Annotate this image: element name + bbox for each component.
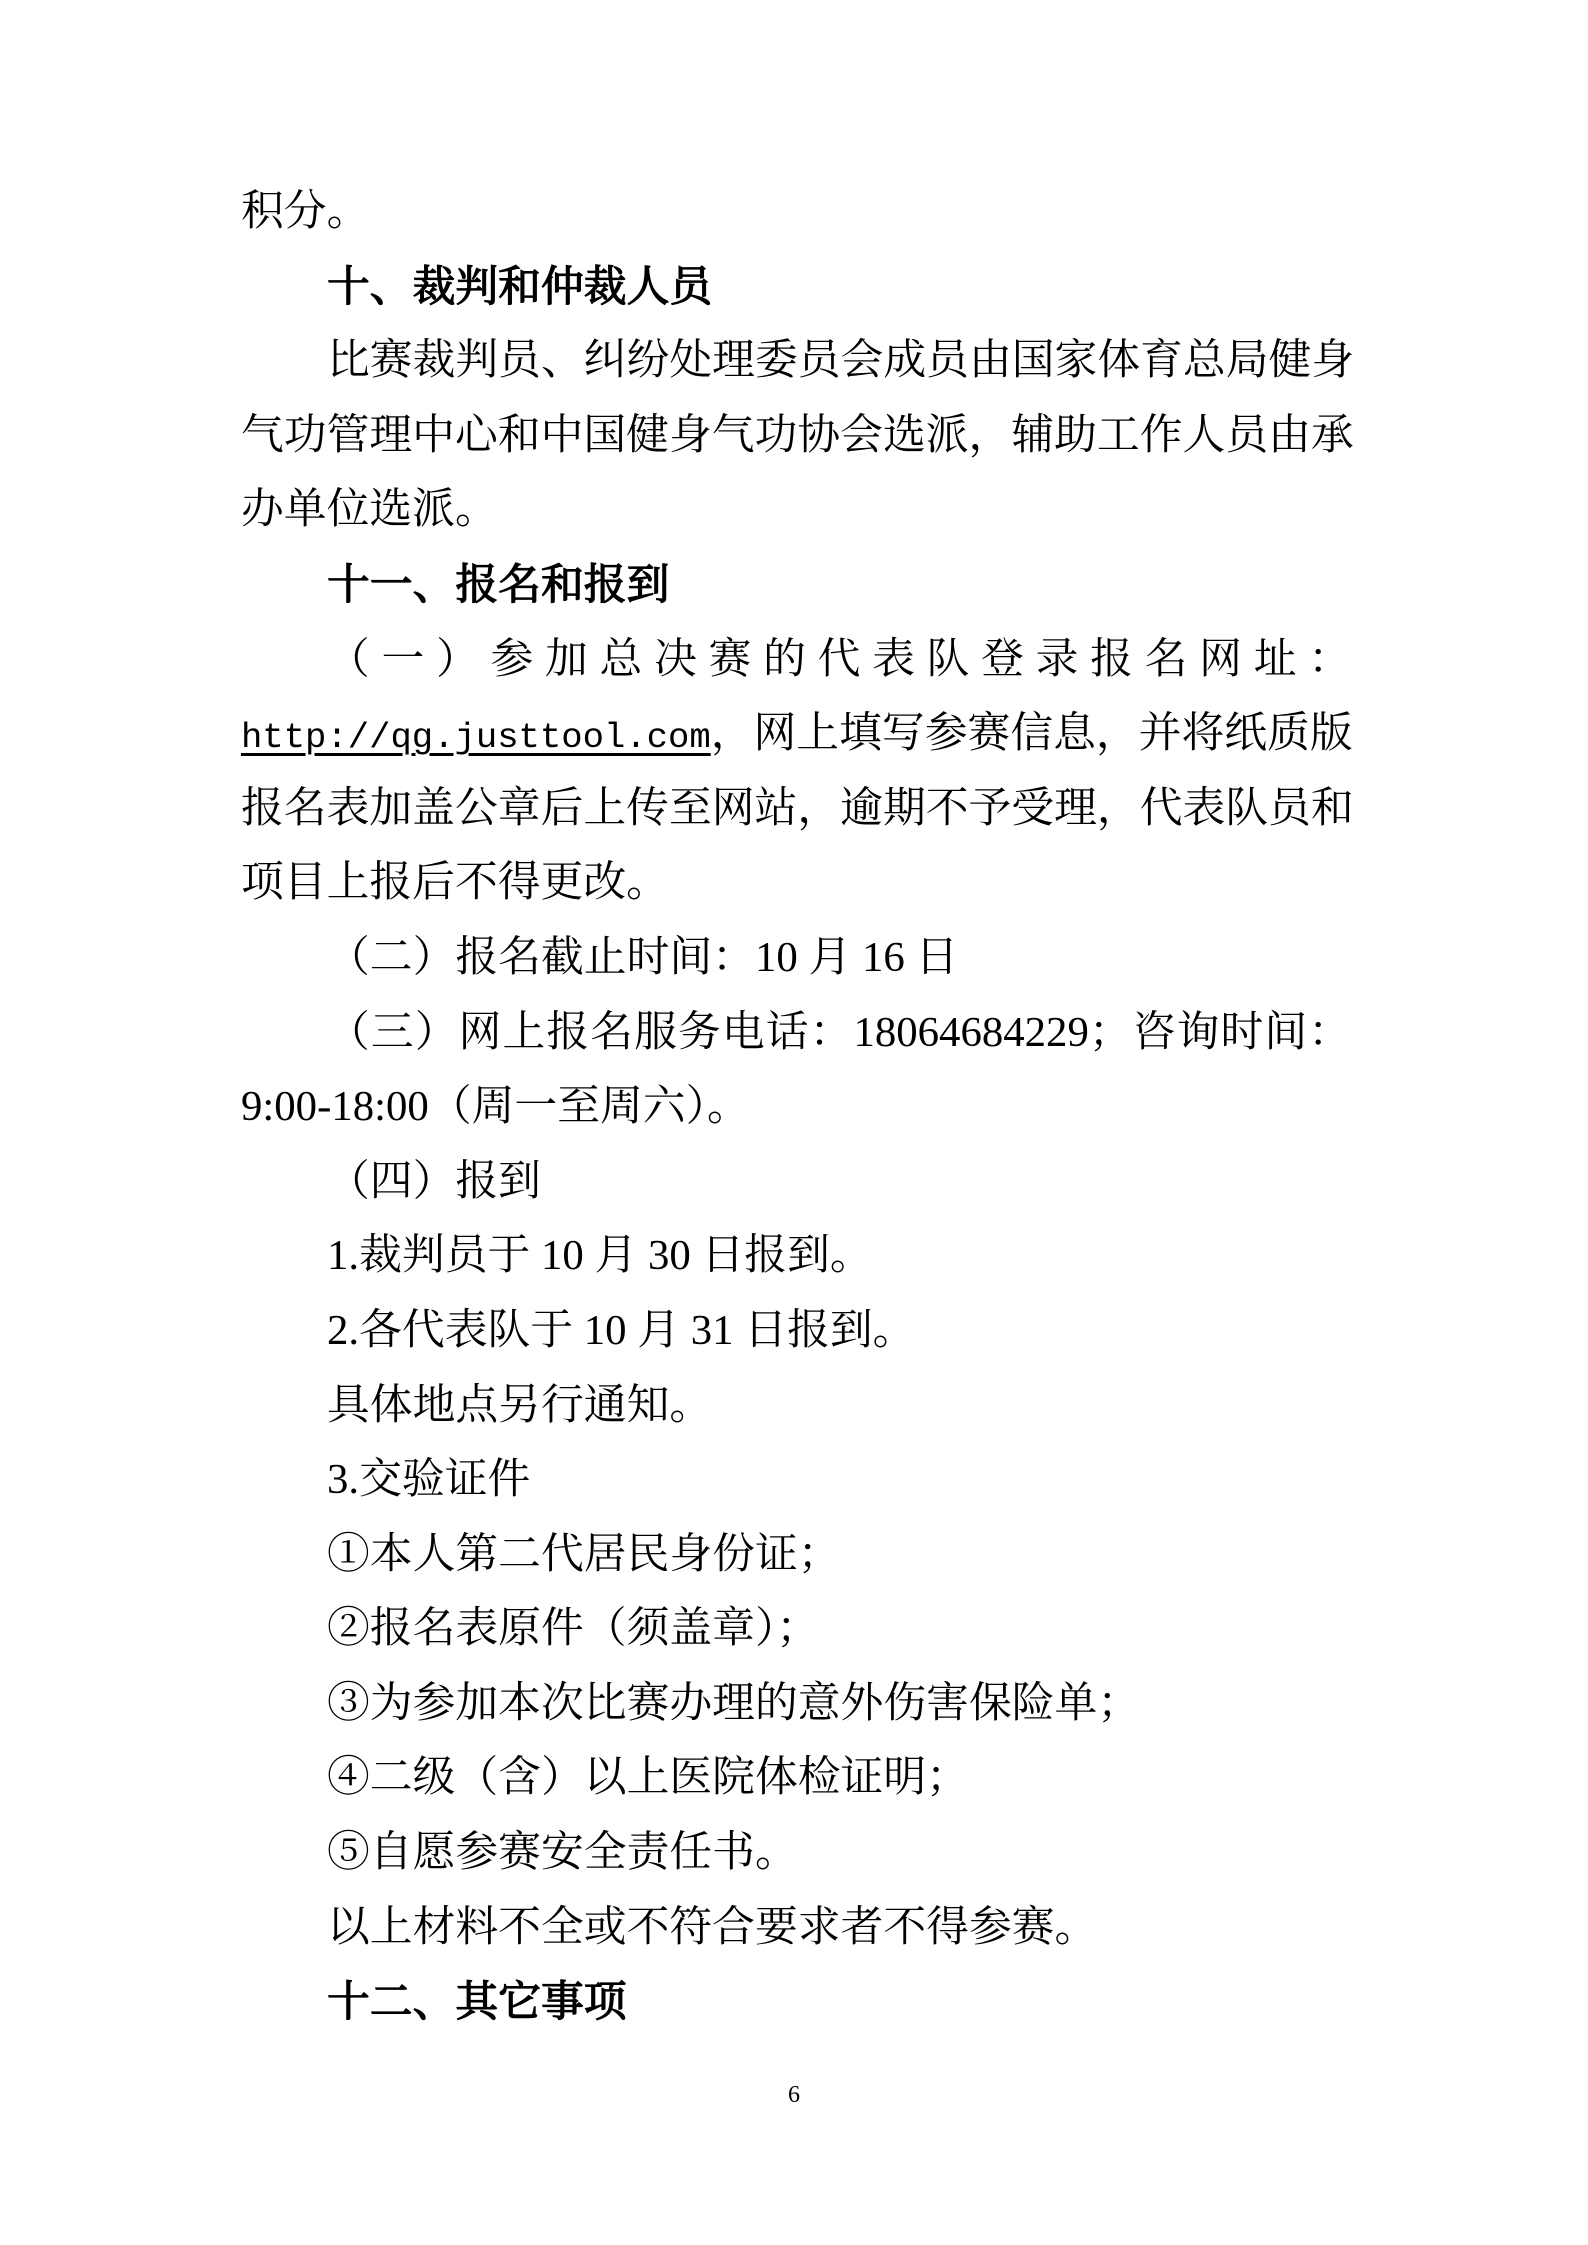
item-2-deadline: （二）报名截止时间：10 月 16 日 [241,921,1351,996]
document-list-item: ②报名表原件（须盖章）； [241,1592,1351,1667]
item-3-hours-line: 9:00-18:00（周一至周六）。 [241,1070,1351,1145]
item-4-line: 3.交验证件 [241,1443,1351,1518]
item-1-url-line: http://qg.justtool.com，网上填写参赛信息，并将纸质版 [241,697,1351,772]
section-10-body-line: 比赛裁判员、纠纷处理委员会成员由国家体育总局健身 [241,324,1351,399]
document-list-item: ③为参加本次比赛办理的意外伤害保险单； [241,1667,1351,1742]
document-body: 积分。 十、裁判和仲裁人员 比赛裁判员、纠纷处理委员会成员由国家体育总局健身 气… [241,175,1351,2040]
section-10-body-line: 办单位选派。 [241,473,1351,548]
section-11-heading: 十一、报名和报到 [241,548,1351,623]
document-list-item: ④二级（含）以上医院体检证明； [241,1741,1351,1816]
item-4-line: 以上材料不全或不符合要求者不得参赛。 [241,1891,1351,1966]
item-1-line: 项目上报后不得更改。 [241,846,1351,921]
registration-url-link[interactable]: http://qg.justtool.com [241,717,711,758]
section-10-body-line: 气功管理中心和中国健身气功协会选派，辅助工作人员由承 [241,399,1351,474]
item-1-line: （一）参加总决赛的代表队登录报名网址： [241,623,1351,698]
section-12-heading: 十二、其它事项 [241,1965,1351,2040]
item-1-line: 报名表加盖公章后上传至网站，逾期不予受理，代表队员和 [241,772,1351,847]
page-number: 6 [0,2078,1588,2112]
item-4-line: 具体地点另行通知。 [241,1369,1351,1444]
document-list-item: ①本人第二代居民身份证； [241,1518,1351,1593]
item-4-line: 1.裁判员于 10 月 30 日报到。 [241,1219,1351,1294]
document-page: 积分。 十、裁判和仲裁人员 比赛裁判员、纠纷处理委员会成员由国家体育总局健身 气… [0,0,1588,2245]
item-4-line: 2.各代表队于 10 月 31 日报到。 [241,1294,1351,1369]
item-4-heading: （四）报到 [241,1145,1351,1220]
document-list-item: ⑤自愿参赛安全责任书。 [241,1816,1351,1891]
continuation-text: 积分。 [241,175,1351,250]
section-10-heading: 十、裁判和仲裁人员 [241,250,1351,325]
item-1-line-rest: ，网上填写参赛信息，并将纸质版 [711,710,1353,757]
item-3-phone-line: （三）网上报名服务电话：18064684229；咨询时间： [241,996,1351,1071]
